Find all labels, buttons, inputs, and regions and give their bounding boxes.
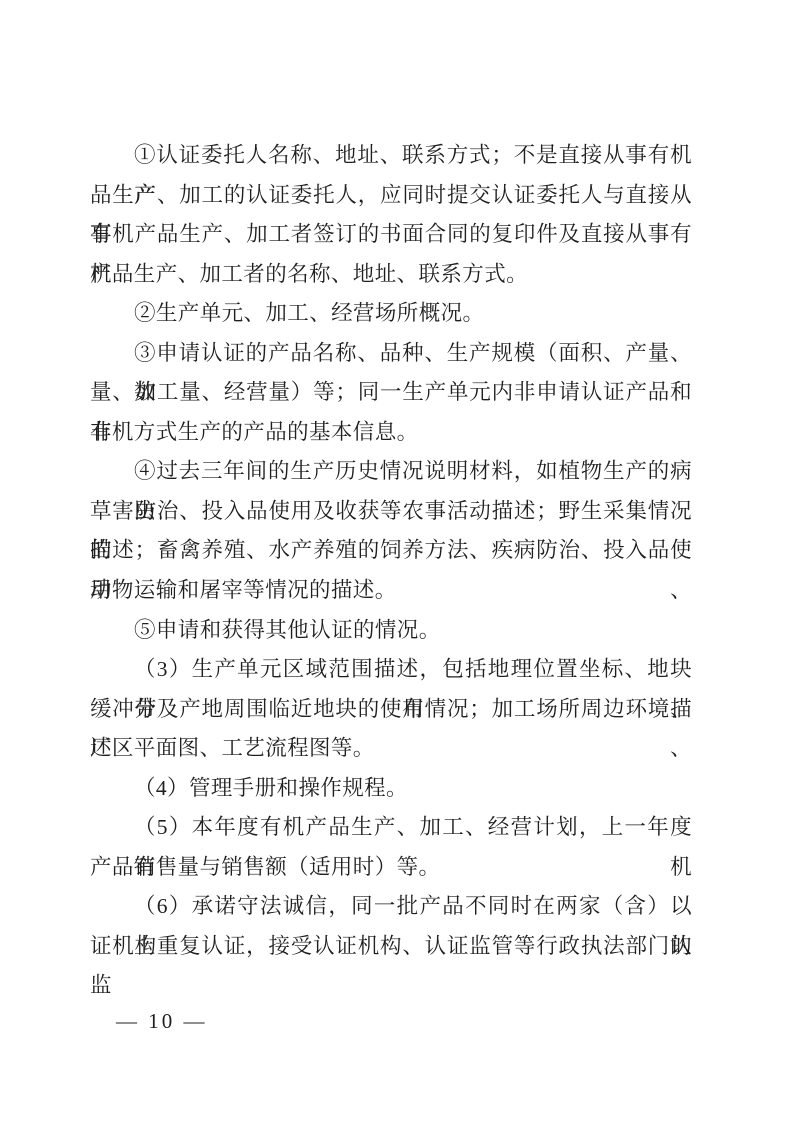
text-line: 有机方式生产的产品的基本信息。 (90, 413, 692, 453)
text-line: 描述；畜禽养殖、水产养殖的饲养方法、疾病防治、投入品使用、 (90, 531, 692, 571)
paragraph: （5）本年度有机产品生产、加工、经营计划，上一年度有机产品销售量与销售额（适用时… (90, 808, 692, 887)
text-line: ⑤申请和获得其他认证的情况。 (90, 611, 692, 651)
paragraph: ②生产单元、加工、经营场所概况。 (90, 294, 692, 334)
text-line: ④过去三年间的生产历史情况说明材料，如植物生产的病虫 (90, 452, 692, 492)
paragraph: ①认证委托人名称、地址、联系方式；不是直接从事有机产品生产、加工的认证委托人，应… (90, 136, 692, 294)
text-line: （4）管理手册和操作规程。 (90, 769, 692, 809)
text-line: ①认证委托人名称、地址、联系方式；不是直接从事有机产 (90, 136, 692, 176)
page-number: — 10 — (116, 1008, 208, 1034)
paragraph: ⑤申请和获得其他认证的情况。 (90, 611, 692, 651)
paragraph: ④过去三年间的生产历史情况说明材料，如植物生产的病虫草害防治、投入品使用及收获等… (90, 452, 692, 610)
text-line: 品生产、加工的认证委托人，应同时提交认证委托人与直接从事 (90, 176, 692, 216)
text-line: 产品生产、加工者的名称、地址、联系方式。 (90, 255, 692, 295)
text-line: （6）承诺守法诚信，同一批产品不同时在两家（含）以上认 (90, 887, 692, 927)
paragraph: （4）管理手册和操作规程。 (90, 769, 692, 809)
paragraph: （6）承诺守法诚信，同一批产品不同时在两家（含）以上认证机构重复认证，接受认证机… (90, 887, 692, 966)
text-line: 有机产品生产、加工者签订的书面合同的复印件及直接从事有机 (90, 215, 692, 255)
document-body: ①认证委托人名称、地址、联系方式；不是直接从事有机产品生产、加工的认证委托人，应… (90, 136, 692, 966)
text-line: 证机构重复认证，接受认证机构、认证监管等行政执法部门的监 (90, 927, 692, 967)
text-line: 草害防治、投入品使用及收获等农事活动描述；野生采集情况的 (90, 492, 692, 532)
text-line: ②生产单元、加工、经营场所概况。 (90, 294, 692, 334)
text-line: ③申请认证的产品名称、品种、生产规模（面积、产量、数 (90, 334, 692, 374)
text-line: 缓冲带及产地周围临近地块的使用情况；加工场所周边环境描述、 (90, 690, 692, 730)
text-line: （3）生产单元区域范围描述，包括地理位置坐标、地块分布、 (90, 650, 692, 690)
paragraph: ③申请认证的产品名称、品种、生产规模（面积、产量、数量、加工量、经营量）等；同一… (90, 334, 692, 453)
text-line: （5）本年度有机产品生产、加工、经营计划，上一年度有机 (90, 808, 692, 848)
text-line: 量、加工量、经营量）等；同一生产单元内非申请认证产品和非 (90, 373, 692, 413)
document-page: ①认证委托人名称、地址、联系方式；不是直接从事有机产品生产、加工的认证委托人，应… (0, 0, 794, 1123)
paragraph: （3）生产单元区域范围描述，包括地理位置坐标、地块分布、缓冲带及产地周围临近地块… (90, 650, 692, 769)
